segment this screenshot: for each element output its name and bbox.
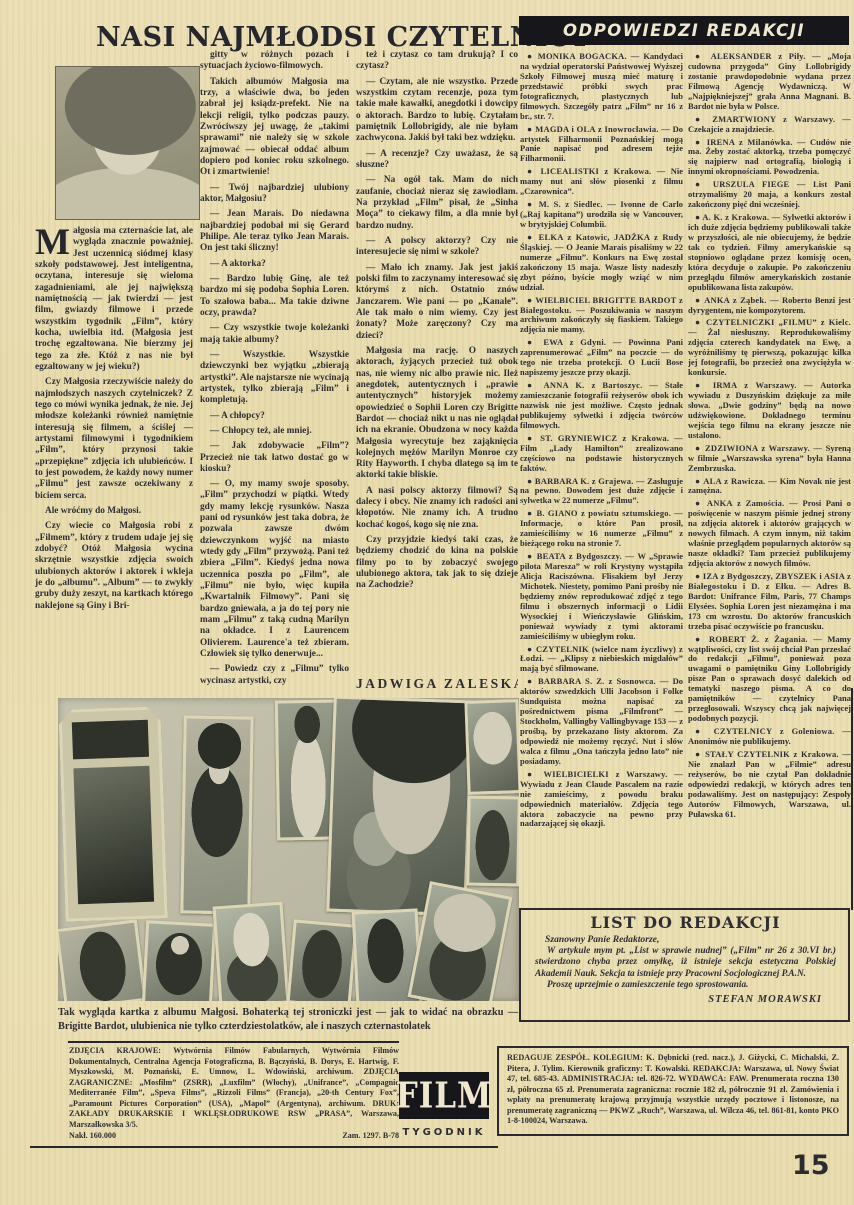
- divider-line: [68, 1041, 399, 1043]
- article-paragraph: — Bardzo lubię Ginę, ale też bardzo mi s…: [200, 274, 349, 319]
- response-entry: ● ROBERT Ż. z Żagania. — Mamy wątpliwośc…: [688, 635, 851, 724]
- film-logo: FILM: [399, 1072, 489, 1119]
- article-paragraph: A nasi polscy aktorzy filmowi? Są dalecy…: [356, 486, 518, 531]
- photo-credits-block: ZDJĘCIA KRAJOWE: Wytwórnia Filmów Fabula…: [69, 1046, 399, 1142]
- article-paragraph: gitty w różnych pozach i sytuacjach życi…: [200, 50, 349, 73]
- letter-salutation: Szanowny Panie Redaktorze,: [535, 934, 836, 945]
- collage-photo: [286, 919, 357, 1001]
- article-paragraph: — A recenzje? Czy uważasz, że są słuszne…: [356, 149, 518, 172]
- article-paragraph: — Czy wszystkie twoje koleżanki mają tak…: [200, 323, 349, 346]
- article-paragraph: — Na ogół tak. Mam do nich zaufanie, cho…: [356, 175, 518, 232]
- article-paragraph: — Mało ich znamy. Jak jest jakiś polski …: [356, 263, 518, 342]
- letter-signature: STEFAN MORAWSKI: [535, 994, 822, 1005]
- article-paragraph: Czy przyjdzie kiedyś taki czas, że będzi…: [356, 535, 518, 592]
- article-paragraph: — O, my mamy swoje sposoby. „Film” przyc…: [200, 479, 349, 660]
- response-entry: ● IRMA z Warszawy. — Autorka wywiadu z D…: [688, 381, 851, 441]
- article-column-1: Małgosia ma czternaście lat, ale wygląda…: [35, 226, 193, 696]
- malgosia-portrait-photo: [55, 66, 200, 220]
- collage-photo: [58, 919, 147, 1001]
- column-rule: [851, 688, 853, 910]
- response-entry: ● WIELBICIELKI z Warszawy. — Wywiadu z J…: [520, 770, 683, 830]
- response-entry: ● CZYTELNIK (wielce nam życzliwy) z Łodz…: [520, 645, 683, 675]
- response-entry: ● ELKA z Katowic, JADŻKA z Rudy Śląskiej…: [520, 233, 683, 293]
- article-column-3: też i czytasz co tam drukują? I co czyta…: [356, 50, 518, 674]
- responses-column-2: ● ALEKSANDER z Piły. — „Moja cudowna prz…: [688, 52, 851, 910]
- article-author: JADWIGA ZALESKA: [356, 676, 518, 692]
- article-paragraph: Czy wiecie co Małgosia robi z „Filmem”, …: [35, 521, 193, 612]
- response-entry: ● ANKA z Ząbek. — Roberto Benzi jest dyr…: [688, 296, 851, 316]
- article-paragraph: Małgosia ma czternaście lat, ale wygląda…: [35, 226, 193, 373]
- divider-line: [30, 1146, 498, 1148]
- section-banner-label: ODPOWIEDZI REDAKCJI: [563, 21, 805, 40]
- letter-body: W artykule mym pt. „List w sprawie nudne…: [535, 946, 836, 980]
- order-number: Zam. 1297. B-78: [342, 1131, 399, 1142]
- response-entry: ● WIELBICIEL BRIGITTE BARDOT z Białegost…: [520, 296, 683, 336]
- collage-photo: [464, 699, 519, 795]
- letter-to-editor-box: LIST DO REDAKCJI Szanowny Panie Redaktor…: [519, 908, 850, 1022]
- response-entry: ● IRENA z Milanówka. — Cudów nie ma. Żeb…: [688, 138, 851, 178]
- collage-photo-bardot-with-cat: [326, 698, 473, 916]
- magazine-page: NASI NAJMŁODSI CZYTELNICY ODPOWIEDZI RED…: [0, 0, 854, 1205]
- response-entry: ● MONIKA BOGACKA. — Kandydaci na wydział…: [520, 52, 683, 122]
- response-entry: ● LICEALISTKI z Krakowa. — Nie mamy nut …: [520, 167, 683, 197]
- article-paragraph: — Czytam, ale nie wszystko. Przede wszys…: [356, 77, 518, 145]
- article-paragraph: Małgosia ma rację. O naszych aktorach, ż…: [356, 346, 518, 482]
- letter-title: LIST DO REDAKCJI: [535, 913, 836, 932]
- photo-credits-text: ZDJĘCIA KRAJOWE: Wytwórnia Filmów Fabula…: [69, 1046, 399, 1108]
- article-paragraph: Takich albumów Małgosia ma trzy, a właśc…: [200, 77, 349, 179]
- page-title: NASI NAJMŁODSI CZYTELNICY: [96, 22, 590, 53]
- collage-photo: [142, 920, 216, 1001]
- response-entry: ● BARBARA K. z Grajewa. — Zasługuje na p…: [520, 477, 683, 507]
- response-entry: ● A. K. z Krakowa. — Sylwetki aktorów i …: [688, 213, 851, 293]
- article-paragraph: — A aktorka?: [200, 259, 349, 270]
- response-entry: ● CZYTELNICZKI „FILMU” z Kielc. — Żal ni…: [688, 318, 851, 378]
- response-entry: ● ALEKSANDER z Piły. — „Moja cudowna prz…: [688, 52, 851, 112]
- article-paragraph: — Wszystkie. Wszystkie dziewczynki bez w…: [200, 350, 349, 407]
- section-banner: ODPOWIEDZI REDAKCJI: [519, 16, 849, 45]
- page-number: 15: [792, 1150, 830, 1181]
- article-paragraph: — Twój najbardziej ulubiony aktor, Małgo…: [200, 183, 349, 206]
- response-entry: ● ZMARTWIONY z Warszawy. — Czekajcie a z…: [688, 115, 851, 135]
- article-paragraph: — Jean Marais. Do niedawna najbardziej p…: [200, 209, 349, 254]
- film-logo-text: FILM: [396, 1075, 493, 1116]
- response-entry: ● ANKA z Zamościa. — Prosi Pani o poświę…: [688, 499, 851, 569]
- article-paragraph: — A chłopcy?: [200, 411, 349, 422]
- bardot-photo-collage: [58, 698, 519, 1001]
- collage-photo: [466, 796, 519, 887]
- response-entry: ● URSZULA FIEGE — List Pani otrzymaliśmy…: [688, 180, 851, 210]
- response-entry: ● M. S. z Siedlec. — Ivonne de Carlo („R…: [520, 200, 683, 230]
- letter-body: Proszę uprzejmie o zamieszczenie tego sp…: [535, 980, 836, 991]
- response-entry: ● CZYTELNICY z Goleniowa. — Anonimów nie…: [688, 727, 851, 747]
- response-entry: ● IZA z Bydgoszczy, ZBYSZEK i ASIA z Bia…: [688, 572, 851, 632]
- response-entry: ● BARBARA S. Z. z Sosnowca. — Do aktorów…: [520, 677, 683, 766]
- response-entry: ● ST. GRYNIEWICZ z Krakowa. — Film „Lady…: [520, 434, 683, 474]
- article-paragraph: — A polscy aktorzy? Czy nie interesujeci…: [356, 236, 518, 259]
- article-paragraph: — Chłopcy też, ale mniej.: [200, 426, 349, 437]
- response-entry: ● ALA z Rawicza. — Kim Novak nie jest za…: [688, 477, 851, 497]
- print-run: Nakł. 160.000: [69, 1131, 116, 1142]
- masthead-text: REDAGUJE ZESPÓŁ. KOLEGIUM: K. Dębnicki (…: [507, 1053, 839, 1125]
- film-logo-subtitle: TYGODNIK: [399, 1127, 489, 1138]
- response-entry: ● ZDZIWIONA z Warszawy. — Syreną w filmi…: [688, 444, 851, 474]
- response-entry: ● BEATA z Bydgoszczy. — W „Sprawie pilot…: [520, 552, 683, 641]
- collage-photo: [213, 902, 290, 1001]
- article-paragraph: — Powiedz czy z „Filmu” tylko wycinasz a…: [200, 664, 349, 687]
- collage-photo: [180, 715, 253, 914]
- article-paragraph: Ale wróćmy do Małgosi.: [35, 506, 193, 517]
- response-entry: ● EWA z Gdyni. — Powinna Pani zaprenumer…: [520, 338, 683, 378]
- article-paragraph: Czy Małgosia rzeczywiście należy do najm…: [35, 377, 193, 502]
- article-column-2: gitty w różnych pozach i sytuacjach życi…: [200, 50, 349, 698]
- response-entry: ● STAŁY CZYTELNIK z Krakowa. — Nie znala…: [688, 750, 851, 820]
- responses-column-1: ● MONIKA BOGACKA. — Kandydaci na wydział…: [520, 52, 683, 910]
- article-paragraph: — Jak zdobywacie „Film”? Przecież nie ta…: [200, 441, 349, 475]
- collage-film-strip: [58, 706, 167, 921]
- response-entry: ● MAGDA i OLA z Inowrocławia. — Do artys…: [520, 125, 683, 165]
- collage-caption: Tak wygląda kartka z albumu Małgosi. Boh…: [58, 1006, 518, 1035]
- response-entry: ● ANNA K. z Bartoszyc. — Stałe zamieszcz…: [520, 381, 683, 431]
- article-paragraph: też i czytasz co tam drukują? I co czyta…: [356, 50, 518, 73]
- masthead-box: REDAGUJE ZESPÓŁ. KOLEGIUM: K. Dębnicki (…: [497, 1046, 849, 1136]
- response-entry: ● B. GIANO z powiatu sztumskiego. — Info…: [520, 509, 683, 549]
